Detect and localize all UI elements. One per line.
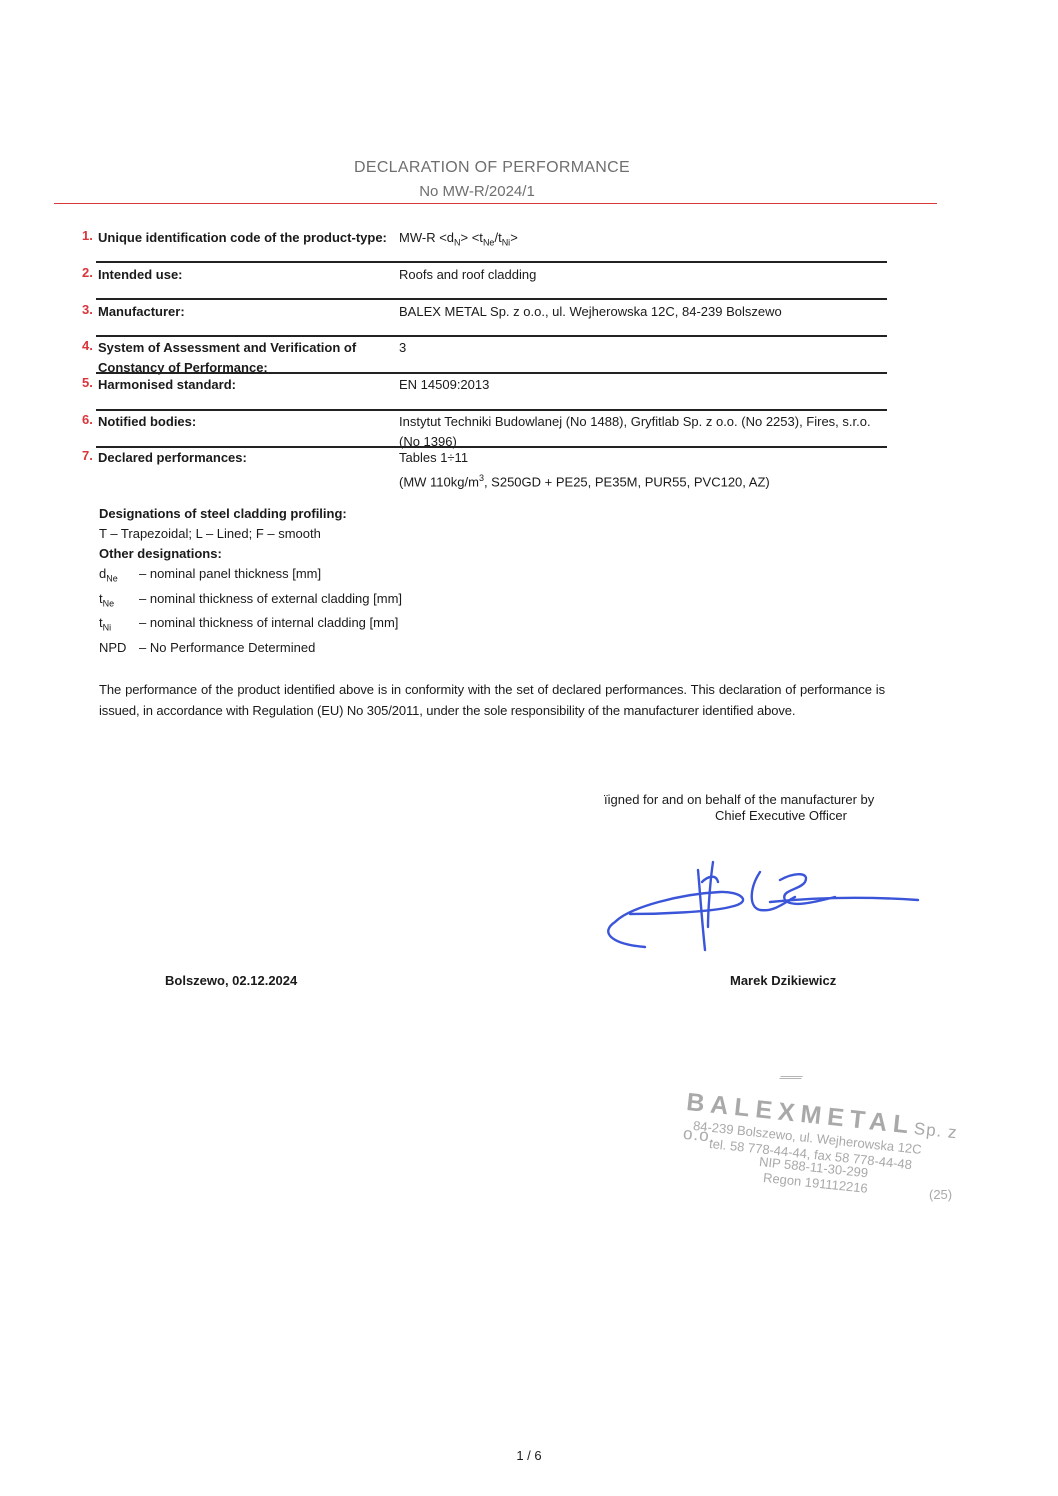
item-number: 7. <box>82 448 98 463</box>
item-value: BALEX METAL Sp. z o.o., ul. Wejherowska … <box>399 302 894 322</box>
item-number: 4. <box>82 338 98 353</box>
row-divider <box>96 409 887 411</box>
title-divider <box>54 203 937 204</box>
designation-entry: tNi– nominal thickness of internal cladd… <box>99 613 402 638</box>
item-number: 5. <box>82 375 98 390</box>
signed-on-behalf: ïigned for and on behalf of the manufact… <box>604 790 874 810</box>
place-and-date: Bolszewo, 02.12.2024 <box>165 973 297 988</box>
item-number: 1. <box>82 228 98 243</box>
item-number: 6. <box>82 412 98 427</box>
item-value: 3 <box>399 338 894 358</box>
company-stamp: BALEXMETALSp. z o.o. 84-239 Bolszewo, ul… <box>676 1074 976 1204</box>
item-number: 3. <box>82 302 98 317</box>
item-label: Declared performances: <box>98 448 388 468</box>
row-divider <box>96 298 887 300</box>
designations-section: Designations of steel cladding profiling… <box>99 504 402 662</box>
item-label: Manufacturer: <box>98 302 388 322</box>
document-number: No MW-R/2024/1 <box>0 183 954 200</box>
signer-name: Marek Dzikiewicz <box>730 973 836 988</box>
page-number: 1 / 6 <box>0 1448 1058 1463</box>
other-designations-heading: Other designations: <box>99 544 402 564</box>
item-declared-performances: 7. Declared performances: Tables 1÷11 (M… <box>82 448 888 463</box>
item-label: Unique identification code of the produc… <box>98 228 388 248</box>
item-notified-bodies: 6. Notified bodies: Instytut Techniki Bu… <box>82 412 888 427</box>
document-title: DECLARATION OF PERFORMANCE <box>0 159 984 177</box>
item-manufacturer: 3. Manufacturer: BALEX METAL Sp. z o.o.,… <box>82 302 888 317</box>
item-avcp-system: 4. System of Assessment and Verification… <box>82 338 888 353</box>
designation-entry: NPD– No Performance Determined <box>99 638 402 663</box>
item-value: Roofs and roof cladding <box>399 265 894 285</box>
item-value: EN 14509:2013 <box>399 375 894 395</box>
stamp-code: (25) <box>929 1187 952 1202</box>
signer-role: Chief Executive Officer <box>715 808 847 823</box>
item-label: Notified bodies: <box>98 412 388 432</box>
row-divider <box>96 261 887 263</box>
item-value: MW-R <dN> <tNe/tNi> <box>399 228 894 253</box>
item-label: Harmonised standard: <box>98 375 388 395</box>
item-value: Tables 1÷11 (MW 110kg/m3, S250GD + PE25,… <box>399 448 894 492</box>
row-divider <box>96 335 887 337</box>
item-intended-use: 2. Intended use: Roofs and roof cladding <box>82 265 888 280</box>
item-label: Intended use: <box>98 265 388 285</box>
profiling-designations: T – Trapezoidal; L – Lined; F – smooth <box>99 524 402 544</box>
item-harmonised-standard: 5. Harmonised standard: EN 14509:2013 <box>82 375 888 390</box>
designation-entry: dNe– nominal panel thickness [mm] <box>99 564 402 589</box>
stamp-logo-icon <box>771 1076 803 1093</box>
item-product-code: 1. Unique identification code of the pro… <box>82 228 888 243</box>
designations-heading: Designations of steel cladding profiling… <box>99 504 402 524</box>
handwritten-signature <box>600 852 930 962</box>
item-number: 2. <box>82 265 98 280</box>
row-divider <box>96 372 887 374</box>
conformity-statement: The performance of the product identifie… <box>99 680 885 721</box>
designation-entry: tNe– nominal thickness of external cladd… <box>99 589 402 614</box>
